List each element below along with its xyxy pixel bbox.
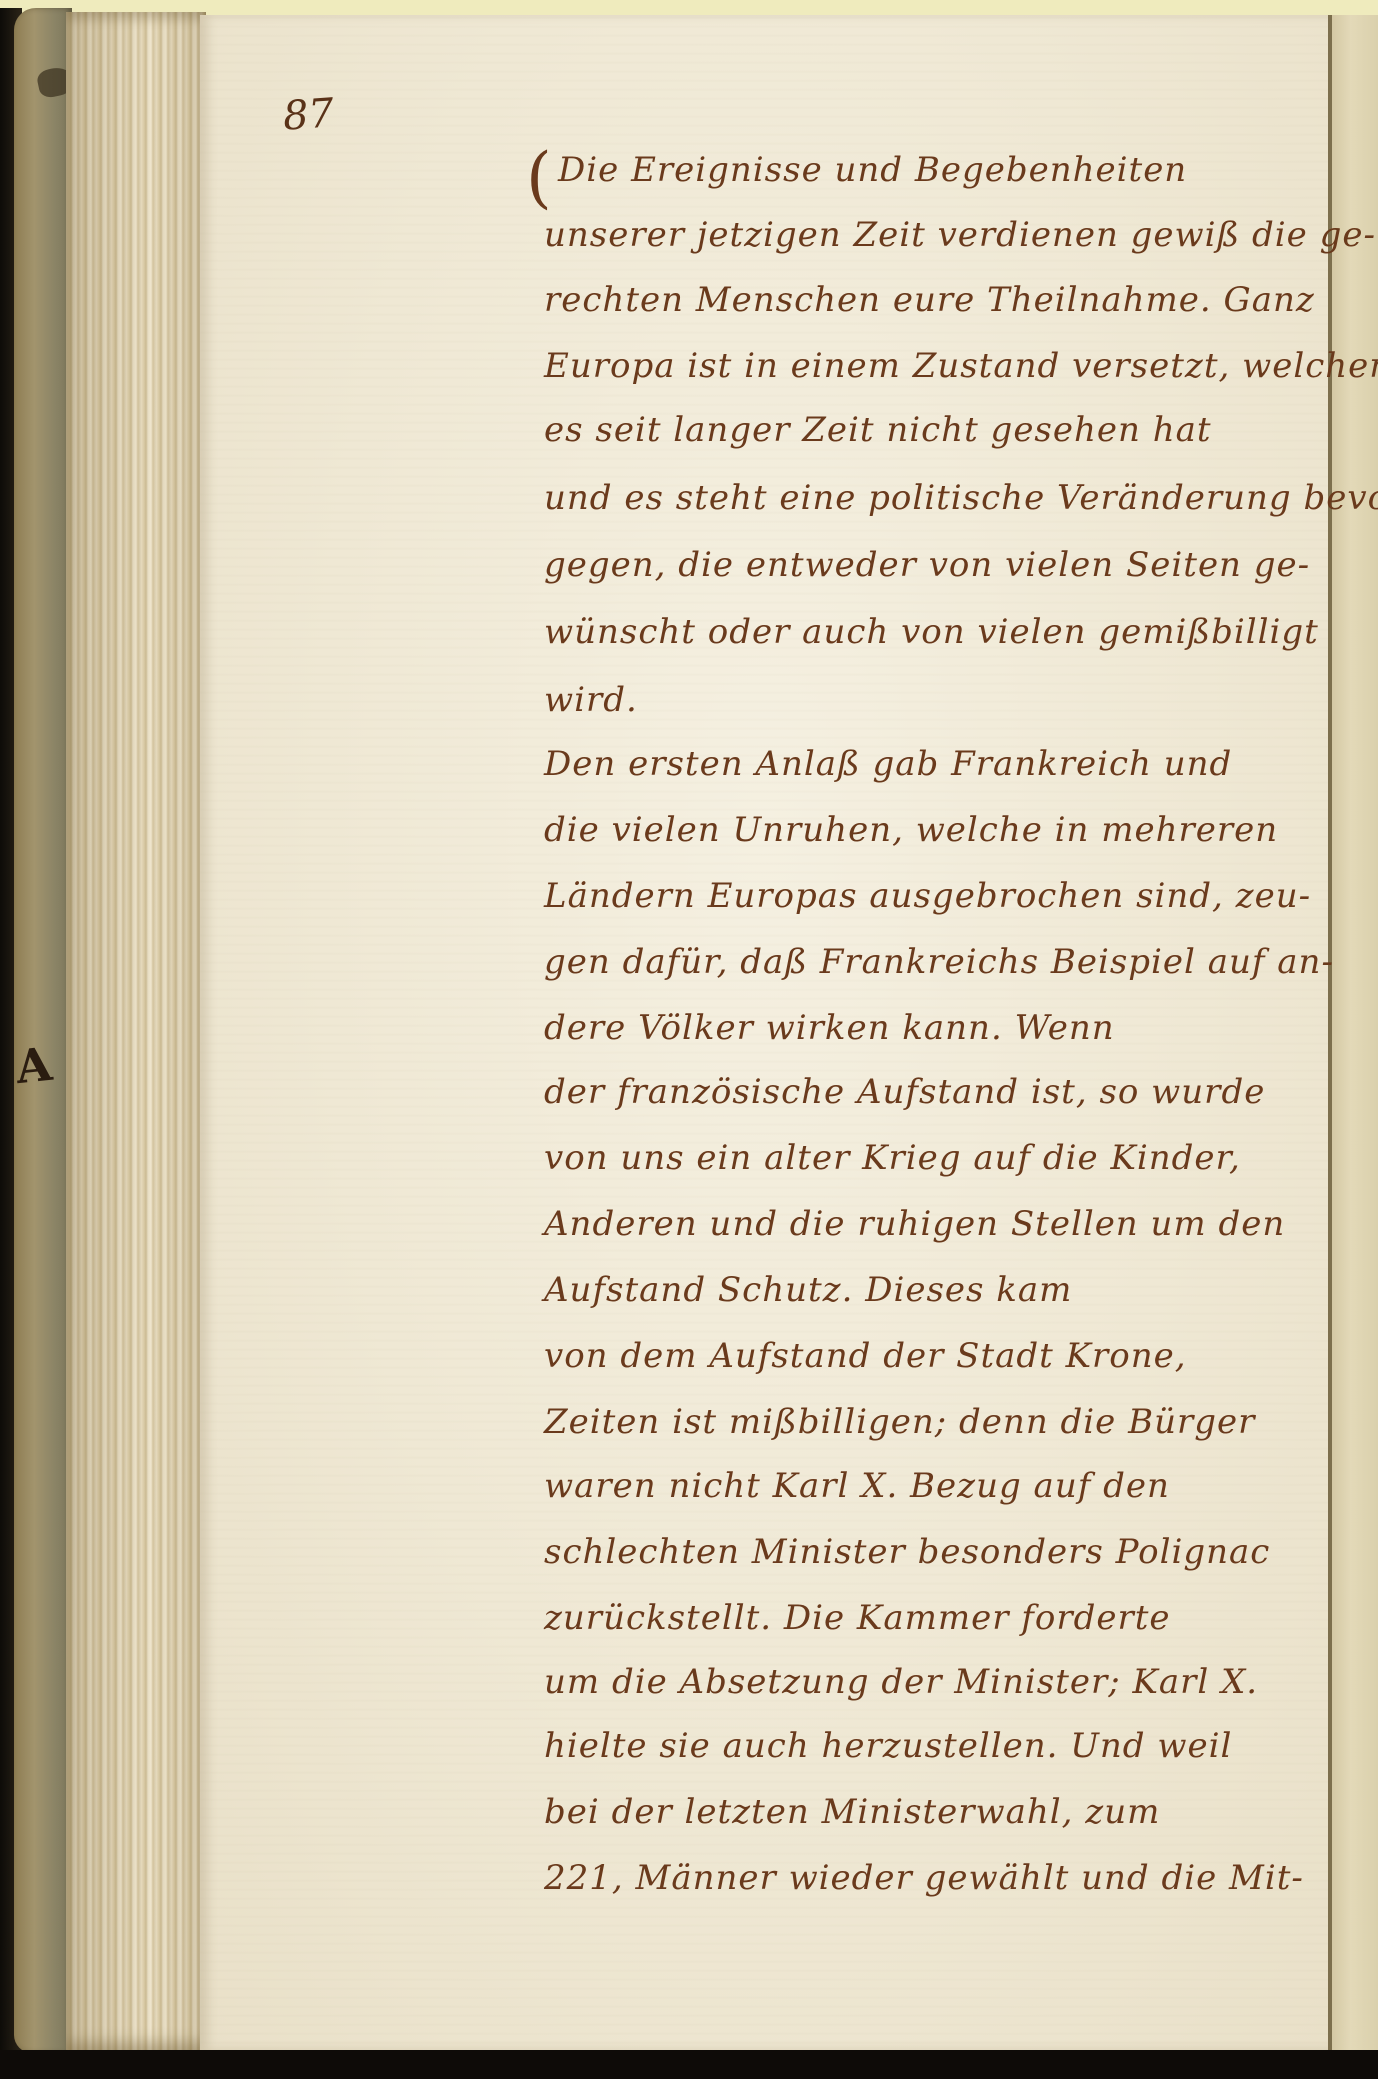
text-line: Europa ist in einem Zustand versetzt, we…	[544, 346, 1378, 386]
text-line: Ländern Europas ausgebrochen sind, zeu-	[544, 876, 1311, 916]
text-line: der französische Aufstand ist, so wurde	[544, 1072, 1265, 1112]
text-line: gegen, die entweder von vielen Seiten ge…	[544, 545, 1310, 585]
page-number: 87	[281, 90, 335, 139]
spine-ink-mark: A	[13, 1033, 63, 1097]
text-line: rechten Menschen eure Theilnahme. Ganz	[544, 280, 1315, 320]
text-line: gen dafür, daß Frankreichs Beispiel auf …	[544, 942, 1334, 982]
opening-bracket: (	[526, 148, 552, 208]
text-line: unserer jetzigen Zeit verdienen gewiß di…	[544, 215, 1376, 255]
text-line: wünscht oder auch von vielen gemißbillig…	[544, 612, 1319, 652]
text-line: die vielen Unruhen, welche in mehreren	[544, 810, 1278, 850]
text-line: Den ersten Anlaß gab Frankreich und	[544, 744, 1232, 784]
text-line: zurückstellt. Die Kammer forderte	[544, 1598, 1171, 1638]
text-line: Anderen und die ruhigen Stellen um den	[544, 1204, 1285, 1244]
text-line: waren nicht Karl X. Bezug auf den	[544, 1466, 1170, 1506]
text-line: von uns ein alter Krieg auf die Kinder,	[544, 1138, 1241, 1178]
text-line: es seit langer Zeit nicht gesehen hat	[544, 410, 1212, 450]
text-line: Aufstand Schutz. Dieses kam	[544, 1270, 1072, 1310]
text-line: hielte sie auch herzustellen. Und weil	[544, 1726, 1232, 1766]
text-line: 221, Männer wieder gewählt und die Mit-	[544, 1858, 1304, 1898]
text-line: wird.	[544, 680, 638, 720]
text-line: um die Absetzung der Minister; Karl X.	[544, 1662, 1258, 1702]
facing-page-edge	[1332, 15, 1378, 2050]
text-line: dere Völker wirken kann. Wenn	[544, 1008, 1115, 1048]
manuscript-scan: A 87 ( Die Ereignisse und Begebenheiten …	[0, 0, 1378, 2079]
text-line: schlechten Minister besonders Polignac	[544, 1532, 1270, 1572]
text-line: und es steht eine politische Veränderung…	[544, 478, 1378, 518]
book-cover-edge	[14, 8, 72, 2053]
text-line: von dem Aufstand der Stadt Krone,	[544, 1336, 1187, 1376]
text-line: Die Ereignisse und Begebenheiten	[558, 150, 1187, 190]
text-line: bei der letzten Ministerwahl, zum	[544, 1792, 1160, 1832]
scan-bottom-shadow	[0, 2050, 1378, 2079]
stacked-page-edges	[66, 12, 206, 2052]
text-line: Zeiten ist mißbilligen; denn die Bürger	[544, 1402, 1255, 1442]
